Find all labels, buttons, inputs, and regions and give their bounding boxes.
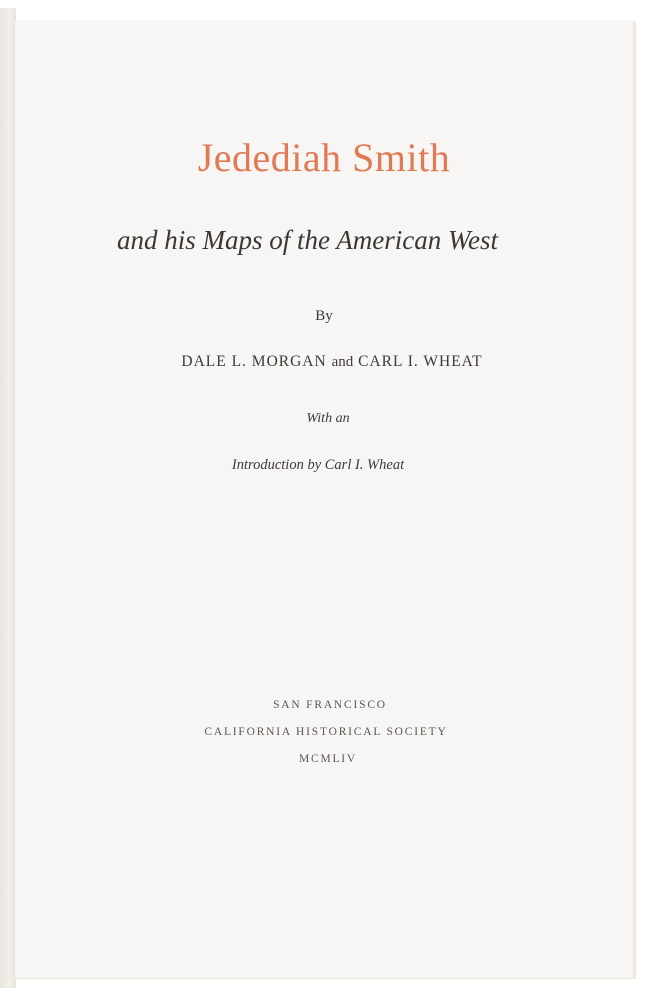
book-subtitle: and his Maps of the American West <box>90 225 525 256</box>
author-2: CARL I. WHEAT <box>358 353 483 370</box>
imprint-year: MCMLIV <box>19 753 637 765</box>
imprint-city: SAN FRANCISCO <box>21 699 639 711</box>
introduction-credit: Introduction by Carl I. Wheat <box>9 457 627 474</box>
by-line: By <box>15 308 633 325</box>
author-1: DALE L. MORGAN <box>181 353 326 370</box>
title-page: Jedediah Smith and his Maps of the Ameri… <box>15 21 635 978</box>
authors: DALE L. MORGAN and CARL I. WHEAT <box>23 353 641 371</box>
book-title: Jedediah Smith <box>15 134 633 181</box>
with-an-text: With an <box>19 411 637 427</box>
authors-conjunction: and <box>332 354 354 370</box>
book-cover-edge <box>0 8 16 988</box>
imprint-publisher: CALIFORNIA HISTORICAL SOCIETY <box>17 726 635 738</box>
